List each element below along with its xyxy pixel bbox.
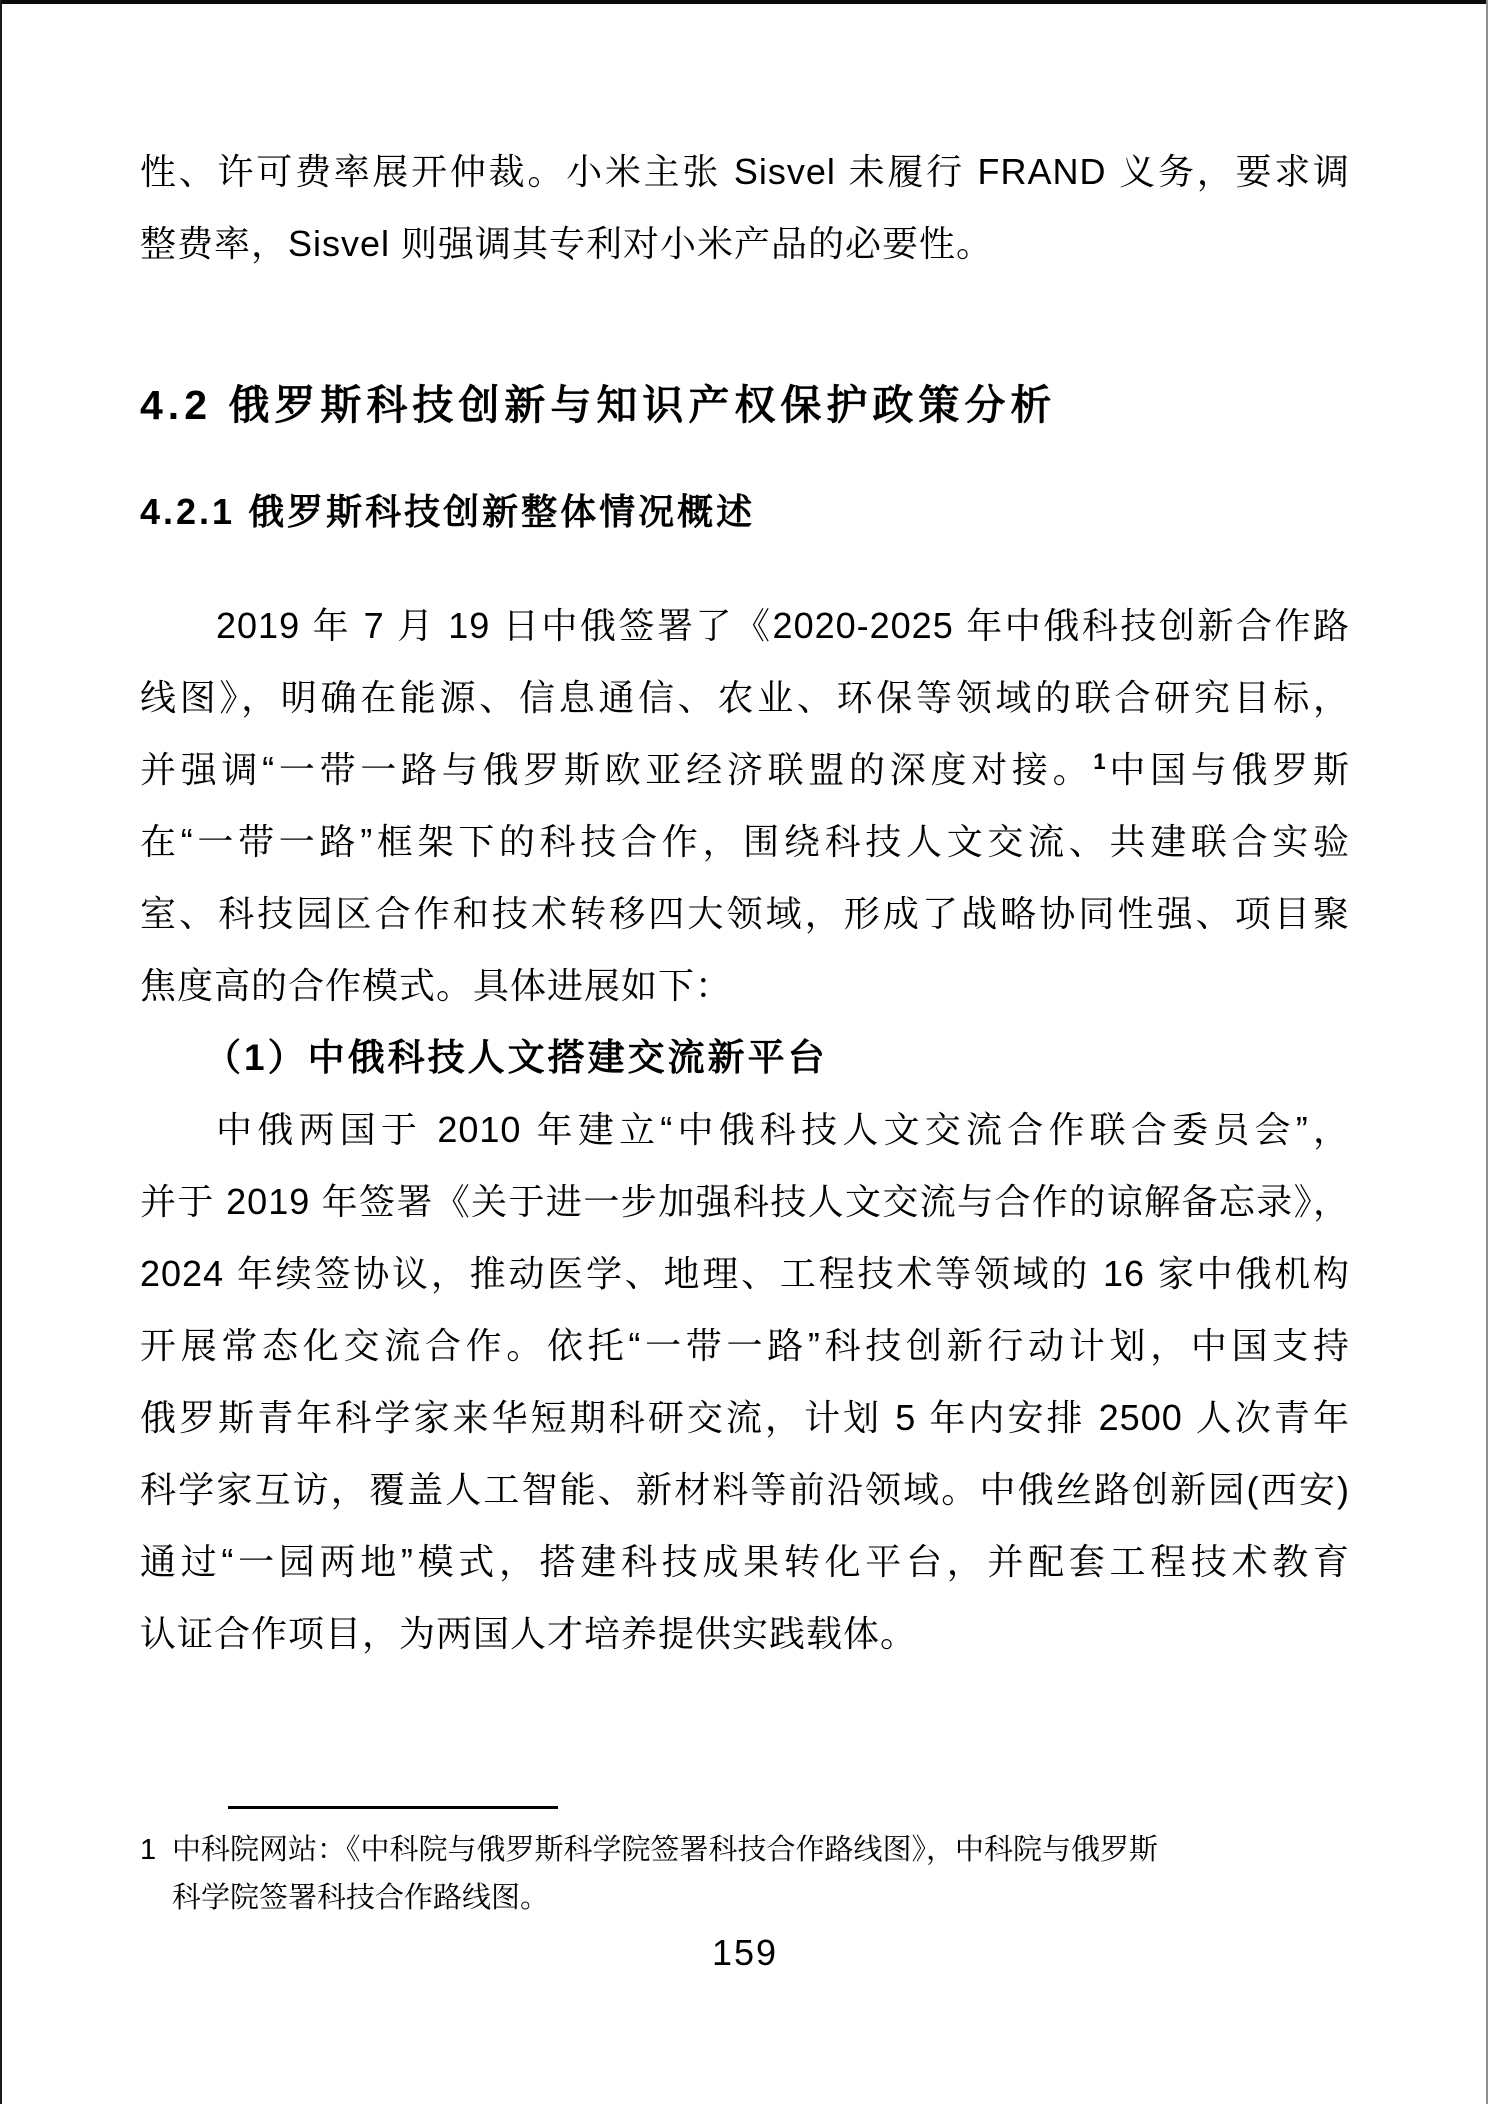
- paragraph-line: 2024 年续签协议，推动医学、地理、工程技术等领域的 16 家中俄机构: [140, 1238, 1350, 1310]
- footnote-reference: 1: [1093, 749, 1105, 774]
- section-heading: 4.2 俄罗斯科技创新与知识产权保护政策分析: [140, 375, 1350, 435]
- footnote-separator-rule: [228, 1806, 558, 1809]
- paragraph-line: 线图》，明确在能源、信息通信、农业、环保等领域的联合研究目标，: [140, 662, 1350, 734]
- paragraph-line: 俄罗斯青年科学家来华短期科研交流，计划 5 年内安排 2500 人次青年: [140, 1382, 1350, 1454]
- page-number: 159: [140, 1931, 1350, 1975]
- paragraph-line: 中俄两国于 2010 年建立“中俄科技人文交流合作联合委员会”，: [140, 1094, 1350, 1166]
- paragraph-line: 科学家互访，覆盖人工智能、新材料等前沿领域。中俄丝路创新园(西安): [140, 1454, 1350, 1526]
- paragraph-line: 2019 年 7 月 19 日中俄签署了《2020-2025 年中俄科技创新合作…: [140, 590, 1350, 662]
- paragraph-line: 在“一带一路”框架下的科技合作，围绕科技人文交流、共建联合实验: [140, 806, 1350, 878]
- footnote-text: 中科院网站：《中科院与俄罗斯科学院签署科技合作路线图》，中科院与俄罗斯: [172, 1826, 1350, 1874]
- footnote-line: 科学院签署科技合作路线图。: [140, 1874, 1350, 1922]
- footnote-line: 1 中科院网站：《中科院与俄罗斯科学院签署科技合作路线图》，中科院与俄罗斯: [140, 1826, 1350, 1874]
- body-paragraph-1: 2019 年 7 月 19 日中俄签署了《2020-2025 年中俄科技创新合作…: [140, 590, 1350, 1022]
- line-text: 并强调“一带一路与俄罗斯欧亚经济联盟的深度对接。: [140, 749, 1093, 790]
- paragraph-line: 开展常态化交流合作。依托“一带一路”科技创新行动计划，中国支持: [140, 1310, 1350, 1382]
- body-paragraph-2: 中俄两国于 2010 年建立“中俄科技人文交流合作联合委员会”， 并于 2019…: [140, 1094, 1350, 1670]
- document-page: 性、许可费率展开仲裁。小米主张 Sisvel 未履行 FRAND 义务，要求调 …: [0, 0, 1488, 2104]
- line-text: 中国与俄罗斯: [1106, 749, 1350, 790]
- footnote: 1 中科院网站：《中科院与俄罗斯科学院签署科技合作路线图》，中科院与俄罗斯 科学…: [140, 1826, 1350, 1922]
- item-heading-1: （1）中俄科技人文搭建交流新平台: [140, 1022, 1350, 1094]
- page-content: 性、许可费率展开仲裁。小米主张 Sisvel 未履行 FRAND 义务，要求调 …: [140, 4, 1350, 1975]
- page-left-border: [0, 0, 2, 2104]
- paragraph-line: 室、科技园区合作和技术转移四大领域，形成了战略协同性强、项目聚: [140, 878, 1350, 950]
- intro-paragraph: 性、许可费率展开仲裁。小米主张 Sisvel 未履行 FRAND 义务，要求调 …: [140, 136, 1350, 280]
- paragraph-line: 并强调“一带一路与俄罗斯欧亚经济联盟的深度对接。1中国与俄罗斯: [140, 734, 1350, 806]
- paragraph-line: 性、许可费率展开仲裁。小米主张 Sisvel 未履行 FRAND 义务，要求调: [140, 136, 1350, 208]
- footnote-marker: 1: [140, 1826, 172, 1874]
- paragraph-line: 整费率，Sisvel 则强调其专利对小米产品的必要性。: [140, 208, 1350, 280]
- paragraph-line: 并于 2019 年签署《关于进一步加强科技人文交流与合作的谅解备忘录》，: [140, 1166, 1350, 1238]
- paragraph-line: 焦度高的合作模式。具体进展如下：: [140, 950, 1350, 1022]
- paragraph-line: 通过“一园两地”模式，搭建科技成果转化平台，并配套工程技术教育: [140, 1526, 1350, 1598]
- subsection-heading: 4.2.1 俄罗斯科技创新整体情况概述: [140, 485, 1350, 539]
- paragraph-line: 认证合作项目，为两国人才培养提供实践载体。: [140, 1598, 1350, 1670]
